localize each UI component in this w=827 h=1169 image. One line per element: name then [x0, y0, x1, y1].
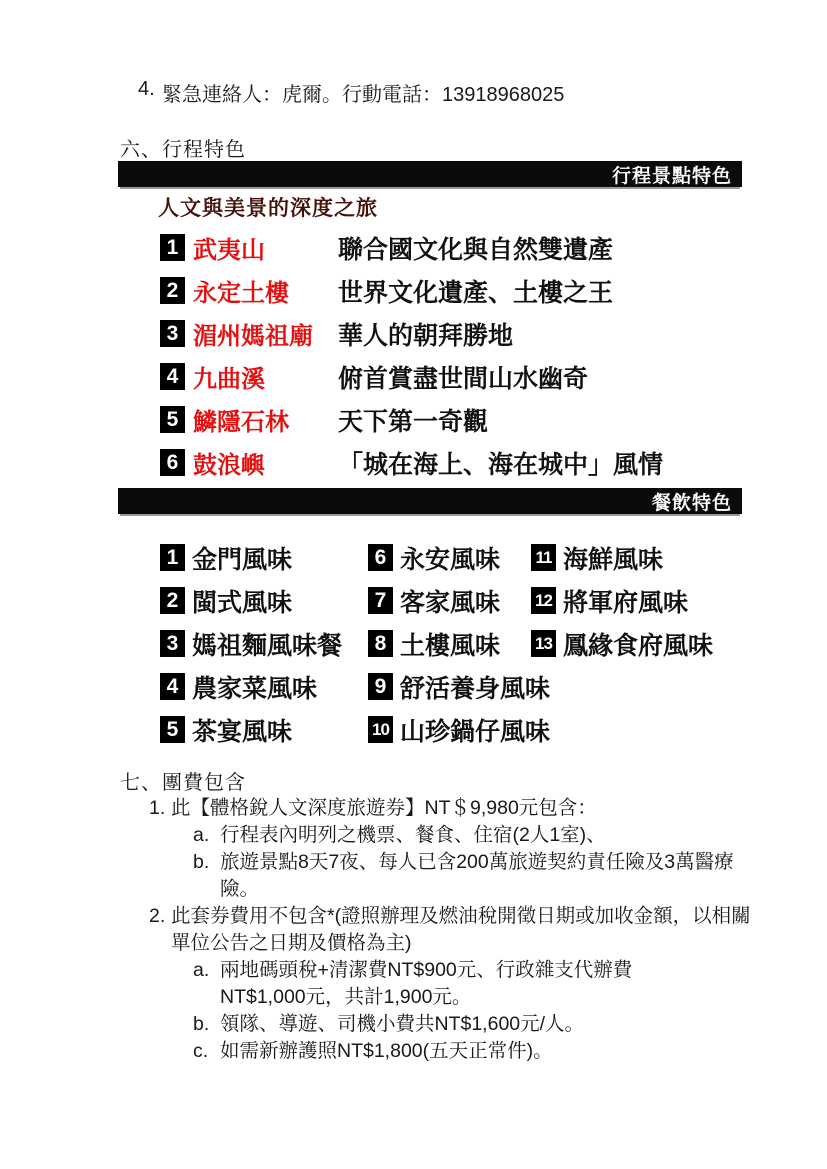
dining-item-label: 茶宴風味: [192, 712, 292, 748]
dining-item: 5 茶宴風味: [160, 712, 368, 748]
fee-item-2: 2. 此套券費用不包含*(證照辦理及燃油稅開徵日期或加收金額，以相關 單位公告之…: [149, 903, 809, 957]
item-number-badge: 6: [160, 449, 185, 476]
spot-name: 永定土樓: [193, 273, 338, 308]
dining-item: 11 海鮮風味: [531, 540, 663, 576]
dining-item-label: 閩式風味: [192, 583, 292, 619]
item-number-badge: 9: [368, 673, 393, 700]
highlights-heading: 人文與美景的深度之旅: [158, 192, 378, 222]
item-number-badge: 3: [160, 630, 185, 657]
fee-item-1-text: 此【體格銳人文深度旅遊券】NT＄9,980元包含：: [171, 795, 597, 822]
dining-item-label: 山珍鍋仔風味: [400, 712, 550, 748]
item-number-badge: 2: [160, 587, 185, 614]
banner-dining-features: 餐飲特色: [118, 488, 742, 514]
banner-itinerary-highlights: 行程景點特色: [118, 161, 742, 187]
fee-item-1b: b. 旅遊景點8天7夜、每人已含200萬旅遊契約責任險及3萬醫療 險。: [193, 849, 813, 903]
feature-item: 1 武夷山 聯合國文化與自然雙遺產: [160, 226, 663, 269]
spot-description: 「城在海上、海在城中」風情: [338, 445, 663, 481]
fee-item-2a: a. 兩地碼頭稅+清潔費NT$900元、行政雜支代辦費 NT$1,000元，共計…: [193, 957, 813, 1011]
highlights-list: 1 武夷山 聯合國文化與自然雙遺產 2 永定土樓 世界文化遺產、土樓之王 3 湄…: [160, 226, 663, 484]
dining-row: 3 媽祖麵風味餐 8 土樓風味 13 鳳緣食府風味: [160, 622, 713, 665]
feature-item: 5 鱗隱石林 天下第一奇觀: [160, 398, 663, 441]
spot-description: 俯首賞盡世間山水幽奇: [338, 359, 588, 395]
dining-item: 13 鳳緣食府風味: [531, 626, 713, 662]
list-marker: 2.: [149, 903, 171, 957]
dining-item-label: 永安風味: [400, 540, 500, 576]
item-number-badge: 6: [368, 544, 393, 571]
fee-item-2a-text: 兩地碼頭稅+清潔費NT$900元、行政雜支代辦費 NT$1,000元，共計1,9…: [220, 957, 632, 1011]
dining-item-label: 舒活養身風味: [400, 669, 550, 705]
section-title-itinerary-features: 六、行程特色: [120, 133, 246, 162]
spot-name: 鱗隱石林: [193, 402, 338, 437]
dining-item: 8 土樓風味: [368, 626, 531, 662]
item-number-badge: 3: [160, 320, 185, 347]
dining-item-label: 金門風味: [192, 540, 292, 576]
dining-row: 1 金門風味 6 永安風味 11 海鮮風味: [160, 536, 713, 579]
spot-name: 湄州媽祖廟: [193, 316, 338, 351]
item-number-badge: 13: [531, 630, 556, 657]
item-number-badge: 4: [160, 673, 185, 700]
dining-item: 7 客家風味: [368, 583, 531, 619]
banner-itinerary-highlights-label: 行程景點特色: [612, 161, 732, 188]
item-number-badge: 12: [531, 587, 556, 614]
dining-row: 4 農家菜風味 9 舒活養身風味: [160, 665, 713, 708]
feature-item: 2 永定土樓 世界文化遺產、土樓之王: [160, 269, 663, 312]
spot-name: 鼓浪嶼: [193, 445, 338, 480]
fee-item-1a-text: 行程表內明列之機票、餐食、住宿(2人1室)、: [220, 822, 606, 849]
fee-item-2b-text: 領隊、導遊、司機小費共NT$1,600元/人。: [220, 1011, 584, 1038]
dining-item-label: 土樓風味: [400, 626, 500, 662]
fee-item-2b: b. 領隊、導遊、司機小費共NT$1,600元/人。: [193, 1011, 584, 1038]
spot-name: 武夷山: [193, 230, 338, 265]
item-number-badge: 8: [368, 630, 393, 657]
item-number-badge: 5: [160, 716, 185, 743]
fee-item-1a: a. 行程表內明列之機票、餐食、住宿(2人1室)、: [193, 822, 606, 849]
spot-description: 華人的朝拜勝地: [338, 316, 513, 352]
dining-row: 5 茶宴風味 10 山珍鍋仔風味: [160, 708, 713, 751]
dining-item-label: 鳳緣食府風味: [563, 626, 713, 662]
spot-description: 天下第一奇觀: [338, 402, 488, 438]
list-marker: a.: [193, 957, 220, 1011]
fee-item-1b-text: 旅遊景點8天7夜、每人已含200萬旅遊契約責任險及3萬醫療 險。: [220, 849, 734, 903]
dining-item: 12 將軍府風味: [531, 583, 688, 619]
fee-item-2-text: 此套券費用不包含*(證照辦理及燃油稅開徵日期或加收金額，以相關 單位公告之日期及…: [171, 903, 751, 957]
dining-item-label: 農家菜風味: [192, 669, 317, 705]
feature-item: 3 湄州媽祖廟 華人的朝拜勝地: [160, 312, 663, 355]
dining-item: 10 山珍鍋仔風味: [368, 712, 550, 748]
dining-item-label: 海鮮風味: [563, 540, 663, 576]
item-number-badge: 7: [368, 587, 393, 614]
spot-description: 聯合國文化與自然雙遺產: [338, 230, 613, 266]
dining-item-label: 將軍府風味: [563, 583, 688, 619]
fee-item-2c: c. 如需新辦護照NT$1,800(五天正常件)。: [193, 1038, 553, 1065]
dining-item-label: 客家風味: [400, 583, 500, 619]
dining-item: 6 永安風味: [368, 540, 531, 576]
section-title-fee-includes: 七、團費包含: [120, 766, 246, 795]
item-number-badge: 10: [368, 716, 393, 743]
item-number-badge: 1: [160, 234, 185, 261]
dining-row: 2 閩式風味 7 客家風味 12 將軍府風味: [160, 579, 713, 622]
feature-item: 4 九曲溪 俯首賞盡世間山水幽奇: [160, 355, 663, 398]
fee-item-1: 1. 此【體格銳人文深度旅遊券】NT＄9,980元包含：: [149, 795, 597, 822]
dining-item: 2 閩式風味: [160, 583, 368, 619]
emergency-contact-text: 緊急連絡人：虎爾。行動電話：13918968025: [162, 78, 564, 107]
dining-item: 3 媽祖麵風味餐: [160, 626, 368, 662]
dining-item: 9 舒活養身風味: [368, 669, 550, 705]
list-marker: 1.: [149, 795, 171, 822]
banner-dining-features-label: 餐飲特色: [652, 488, 732, 515]
dining-item: 1 金門風味: [160, 540, 368, 576]
item-number-badge: 1: [160, 544, 185, 571]
list-marker: 4.: [138, 78, 162, 107]
item-number-badge: 5: [160, 406, 185, 433]
item-number-badge: 4: [160, 363, 185, 390]
dining-item-label: 媽祖麵風味餐: [192, 626, 342, 662]
list-marker: b.: [193, 1011, 220, 1038]
spot-name: 九曲溪: [193, 359, 338, 394]
fee-item-2c-text: 如需新辦護照NT$1,800(五天正常件)。: [220, 1038, 553, 1065]
list-marker: c.: [193, 1038, 220, 1065]
dining-item: 4 農家菜風味: [160, 669, 368, 705]
list-marker: b.: [193, 849, 220, 903]
list-marker: a.: [193, 822, 220, 849]
item-number-badge: 11: [531, 544, 556, 571]
item-number-badge: 2: [160, 277, 185, 304]
spot-description: 世界文化遺產、土樓之王: [338, 273, 613, 309]
feature-item: 6 鼓浪嶼 「城在海上、海在城中」風情: [160, 441, 663, 484]
dining-list: 1 金門風味 6 永安風味 11 海鮮風味 2 閩式風味 7 客家風味 12 將…: [160, 536, 713, 751]
emergency-contact-line: 4. 緊急連絡人：虎爾。行動電話：13918968025: [138, 78, 564, 107]
